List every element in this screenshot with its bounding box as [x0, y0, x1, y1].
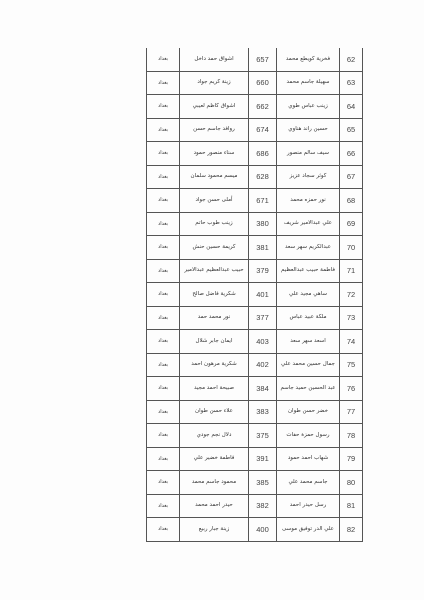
name-cell: فخرية كويطع محمد [277, 48, 340, 71]
name-cell: جمال حسين محمد علي [277, 353, 340, 377]
sequence-cell: 66 [340, 142, 363, 166]
name-cell: ساهي مجيد علي [277, 283, 340, 307]
code-cell: 382 [249, 494, 277, 518]
city-cell: بغداد [147, 95, 180, 119]
city-cell: بغداد [147, 189, 180, 213]
sequence-cell: 76 [340, 377, 363, 401]
code-cell: 403 [249, 330, 277, 354]
table-row: بغدادروافد جاسم حسن674حسين راند هناوي65 [147, 118, 363, 142]
sequence-cell: 69 [340, 212, 363, 236]
guardian-name-cell: أملى حسن جواد [180, 189, 249, 213]
city-cell: بغداد [147, 471, 180, 495]
guardian-name-cell: زينب طوب حاتم [180, 212, 249, 236]
guardian-name-cell: كريمة حسين حنش [180, 236, 249, 260]
city-cell: بغداد [147, 212, 180, 236]
city-cell: بغداد [147, 236, 180, 260]
table-row: بغدادأملى حسن جواد671نور حمزه محمد68 [147, 189, 363, 213]
guardian-name-cell: علاء حسن طوان [180, 400, 249, 424]
guardian-name-cell: صبيحة احمد مجيد [180, 377, 249, 401]
guardian-name-cell: ايمان جابر شلال [180, 330, 249, 354]
table-row: بغدادفاطمة خضير علي391شهاب احمد حمود79 [147, 447, 363, 471]
guardian-name-cell: حبيب عبدالعظيم عبدالامير [180, 259, 249, 283]
name-cell: علي الدر توفيق موسى [277, 518, 340, 542]
code-cell: 384 [249, 377, 277, 401]
name-cell: اسعد سهر سعد [277, 330, 340, 354]
name-cell: زينب عباس طوي [277, 95, 340, 119]
city-cell: بغداد [147, 48, 180, 71]
guardian-name-cell: فاطمة خضير علي [180, 447, 249, 471]
name-cell: علي عبدالامير شريف [277, 212, 340, 236]
sequence-cell: 72 [340, 283, 363, 307]
sequence-cell: 68 [340, 189, 363, 213]
name-cell: حسين راند هناوي [277, 118, 340, 142]
sequence-cell: 75 [340, 353, 363, 377]
city-cell: بغداد [147, 306, 180, 330]
table-row: بغدادزينب طوب حاتم380علي عبدالامير شريف6… [147, 212, 363, 236]
sequence-cell: 64 [340, 95, 363, 119]
table-row: بغدادصبيحة احمد مجيد384عبد الحسين حميد ج… [147, 377, 363, 401]
code-cell: 375 [249, 424, 277, 448]
sequence-cell: 79 [340, 447, 363, 471]
table-row: بغداددلال نجم جودي375رسول حمزة حفات78 [147, 424, 363, 448]
city-cell: بغداد [147, 400, 180, 424]
code-cell: 660 [249, 71, 277, 95]
name-cell: رسل حيدر احمد [277, 494, 340, 518]
sequence-cell: 73 [340, 306, 363, 330]
table-row: بغدادشكرية فاضل صالح401ساهي مجيد علي72 [147, 283, 363, 307]
name-cell: سيف سالم منصور [277, 142, 340, 166]
name-cell: سهيلة جاسم محمد [277, 71, 340, 95]
table-row: بغدادشكرية مرهون احمد402جمال حسين محمد ع… [147, 353, 363, 377]
name-cell: فاطمة حبيب عبدالعظيم [277, 259, 340, 283]
code-cell: 391 [249, 447, 277, 471]
guardian-name-cell: زينة كريم جواد [180, 71, 249, 95]
sequence-cell: 80 [340, 471, 363, 495]
code-cell: 401 [249, 283, 277, 307]
city-cell: بغداد [147, 71, 180, 95]
code-cell: 674 [249, 118, 277, 142]
table-row: بغدادمحمود جاسم محمد385جاسم محمد علي80 [147, 471, 363, 495]
code-cell: 400 [249, 518, 277, 542]
sequence-cell: 82 [340, 518, 363, 542]
table-row: بغدادزينة جبار ربيع400علي الدر توفيق موس… [147, 518, 363, 542]
city-cell: بغداد [147, 283, 180, 307]
name-cell: كوثر سجاد عزيز [277, 165, 340, 189]
city-cell: بغداد [147, 118, 180, 142]
guardian-name-cell: اشواق كاظم لعيبي [180, 95, 249, 119]
guardian-name-cell: نور محمد حمد [180, 306, 249, 330]
code-cell: 671 [249, 189, 277, 213]
table-row: بغدادكريمة حسين حنش381عبدالكريم سهر سعد7… [147, 236, 363, 260]
city-cell: بغداد [147, 494, 180, 518]
city-cell: بغداد [147, 518, 180, 542]
table-row: بغدادزينة كريم جواد660سهيلة جاسم محمد63 [147, 71, 363, 95]
name-cell: عبد الحسين حميد جاسم [277, 377, 340, 401]
sequence-cell: 77 [340, 400, 363, 424]
code-cell: 379 [249, 259, 277, 283]
guardian-name-cell: زينة جبار ربيع [180, 518, 249, 542]
guardian-name-cell: شكرية فاضل صالح [180, 283, 249, 307]
code-cell: 686 [249, 142, 277, 166]
table-row: بغدادنور محمد حمد377ملكة عبيد عباس73 [147, 306, 363, 330]
guardian-name-cell: روافد جاسم حسن [180, 118, 249, 142]
city-cell: بغداد [147, 330, 180, 354]
code-cell: 380 [249, 212, 277, 236]
code-cell: 662 [249, 95, 277, 119]
sequence-cell: 65 [340, 118, 363, 142]
guardian-name-cell: دلال نجم جودي [180, 424, 249, 448]
guardian-name-cell: اشواق حمد داخل [180, 48, 249, 71]
name-cell: نور حمزه محمد [277, 189, 340, 213]
table-row: بغدادايمان جابر شلال403اسعد سهر سعد74 [147, 330, 363, 354]
name-cell: عبدالكريم سهر سعد [277, 236, 340, 260]
name-cell: رسول حمزة حفات [277, 424, 340, 448]
sequence-cell: 63 [340, 71, 363, 95]
roster-table: بغداداشواق حمد داخل657فخرية كويطع محمد62… [146, 48, 363, 542]
document-page: بغداداشواق حمد داخل657فخرية كويطع محمد62… [0, 0, 424, 600]
table-row: بغدادميسم محمود سلمان628كوثر سجاد عزيز67 [147, 165, 363, 189]
code-cell: 402 [249, 353, 277, 377]
sequence-cell: 62 [340, 48, 363, 71]
guardian-name-cell: ميسم محمود سلمان [180, 165, 249, 189]
code-cell: 381 [249, 236, 277, 260]
table-row: بغدادحبيب عبدالعظيم عبدالامير379فاطمة حب… [147, 259, 363, 283]
name-cell: جاسم محمد علي [277, 471, 340, 495]
name-cell: ملكة عبيد عباس [277, 306, 340, 330]
guardian-name-cell: محمود جاسم محمد [180, 471, 249, 495]
name-cell: خضر حسن طوان [277, 400, 340, 424]
table-row: بغدادسناء منصور حمود686سيف سالم منصور66 [147, 142, 363, 166]
table-row: بغداداشواق كاظم لعيبي662زينب عباس طوي64 [147, 95, 363, 119]
code-cell: 377 [249, 306, 277, 330]
city-cell: بغداد [147, 424, 180, 448]
city-cell: بغداد [147, 142, 180, 166]
table-row: بغدادحيدر احمد محمد382رسل حيدر احمد81 [147, 494, 363, 518]
code-cell: 383 [249, 400, 277, 424]
city-cell: بغداد [147, 447, 180, 471]
code-cell: 385 [249, 471, 277, 495]
city-cell: بغداد [147, 377, 180, 401]
sequence-cell: 74 [340, 330, 363, 354]
sequence-cell: 67 [340, 165, 363, 189]
name-cell: شهاب احمد حمود [277, 447, 340, 471]
table-row: بغدادعلاء حسن طوان383خضر حسن طوان77 [147, 400, 363, 424]
guardian-name-cell: سناء منصور حمود [180, 142, 249, 166]
sequence-cell: 70 [340, 236, 363, 260]
guardian-name-cell: حيدر احمد محمد [180, 494, 249, 518]
code-cell: 628 [249, 165, 277, 189]
table-row: بغداداشواق حمد داخل657فخرية كويطع محمد62 [147, 48, 363, 71]
sequence-cell: 81 [340, 494, 363, 518]
sequence-cell: 78 [340, 424, 363, 448]
sequence-cell: 71 [340, 259, 363, 283]
city-cell: بغداد [147, 259, 180, 283]
city-cell: بغداد [147, 165, 180, 189]
guardian-name-cell: شكرية مرهون احمد [180, 353, 249, 377]
city-cell: بغداد [147, 353, 180, 377]
code-cell: 657 [249, 48, 277, 71]
